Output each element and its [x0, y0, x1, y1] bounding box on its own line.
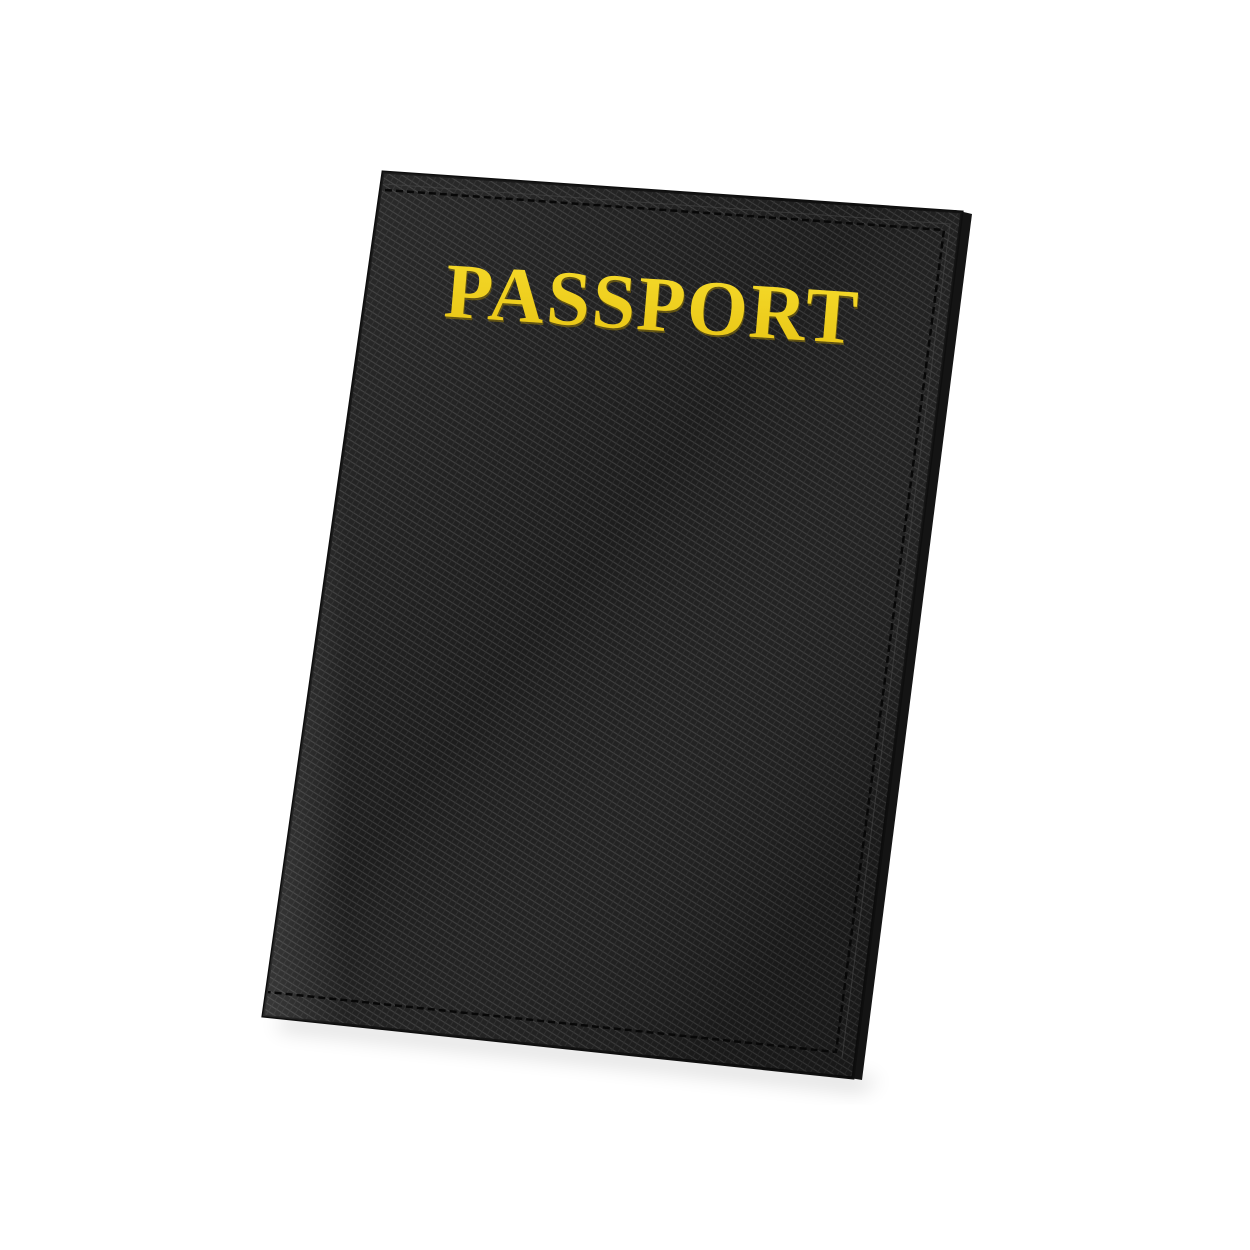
passport-cover-illustration: PASSPORT PASSPORT [0, 0, 1250, 1250]
product-photo: PASSPORT PASSPORT [0, 0, 1250, 1250]
